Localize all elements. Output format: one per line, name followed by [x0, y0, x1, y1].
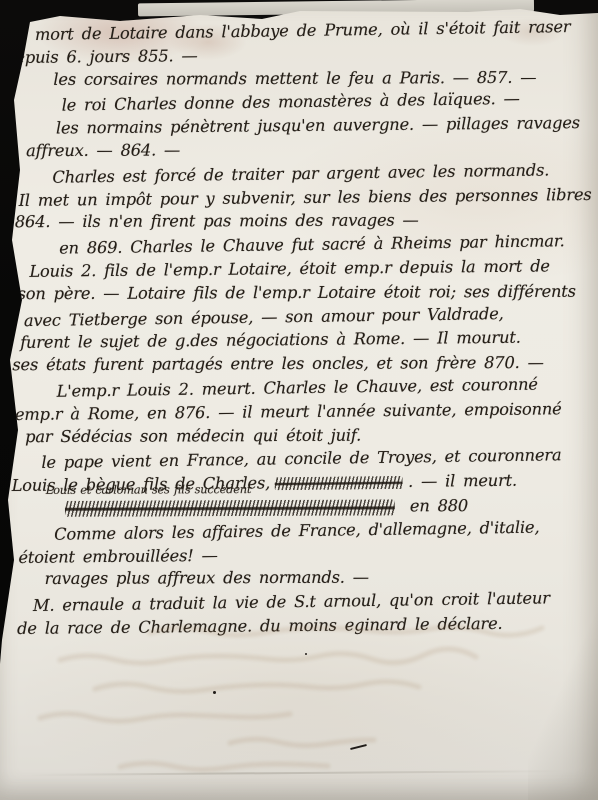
manuscript-photo: mort de Lotaire dans l'abbaye de Prume, …: [0, 0, 598, 800]
manuscript-text: ses états furent partagés entre les oncl…: [12, 353, 543, 374]
handwritten-text-block: mort de Lotaire dans l'abbaye de Prume, …: [0, 16, 598, 641]
manuscript-text: en 880: [410, 496, 468, 515]
manuscript-text: 864. — ils n'en firent pas moins des rav…: [15, 211, 419, 232]
manuscript-text: par Sédécias son médecin qui étoit juif.: [25, 425, 361, 445]
manuscript-text: en 869. Charles le Chauve fut sacré à Rh…: [59, 231, 565, 257]
manuscript-text: étoient embrouillées! —: [18, 545, 217, 566]
interline-insertion: Louis et carloman ses fils succèdent: [46, 484, 251, 496]
manuscript-text: L'emp.r Louis 2. meurt. Charles le Chauv…: [57, 375, 538, 401]
manuscript-text: depuis 6. jours 855. —: [5, 46, 198, 67]
manuscript-text: ravages plus affreux des normands. —: [45, 568, 369, 588]
ink-speck: [305, 653, 307, 655]
manuscript-text: avec Tietberge son épouse, — son amour p…: [24, 304, 504, 330]
ink-scribble-strikethrough: [65, 499, 395, 516]
manuscript-text: son père. — Lotaire fils de l'emp.r Lota…: [18, 282, 576, 303]
manuscript-text: Charles est forcé de traiter par argent …: [52, 160, 549, 186]
manuscript-text: le roi Charles donne des monastères à de…: [62, 89, 520, 115]
manuscript-text: les corsaires normands mettent le feu a …: [53, 67, 536, 88]
ink-speck: [213, 691, 216, 694]
manuscript-text: les normains pénètrent jusqu'en auvergne…: [56, 113, 580, 137]
ink-scribble-strikethrough: [275, 476, 403, 490]
manuscript-text: emp.r à Rome, en 876. — il meurt l'année…: [15, 399, 562, 424]
corner-crease-shadow: [528, 520, 598, 800]
paper-sheet: mort de Lotaire dans l'abbaye de Prume, …: [0, 0, 598, 800]
manuscript-text: Louis 2. fils de l'emp.r Lotaire, étoit …: [29, 256, 550, 280]
verso-ink-showthrough: [0, 615, 598, 790]
manuscript-text: Il met un impôt pour y subvenir, sur les…: [19, 185, 592, 210]
manuscript-text: furent le sujet de g.des négociations à …: [20, 328, 521, 352]
manuscript-text: . — il meurt.: [408, 471, 517, 491]
manuscript-text: Comme alors les affaires de France, d'al…: [54, 517, 539, 543]
manuscript-text: affreux. — 864. —: [26, 140, 180, 160]
